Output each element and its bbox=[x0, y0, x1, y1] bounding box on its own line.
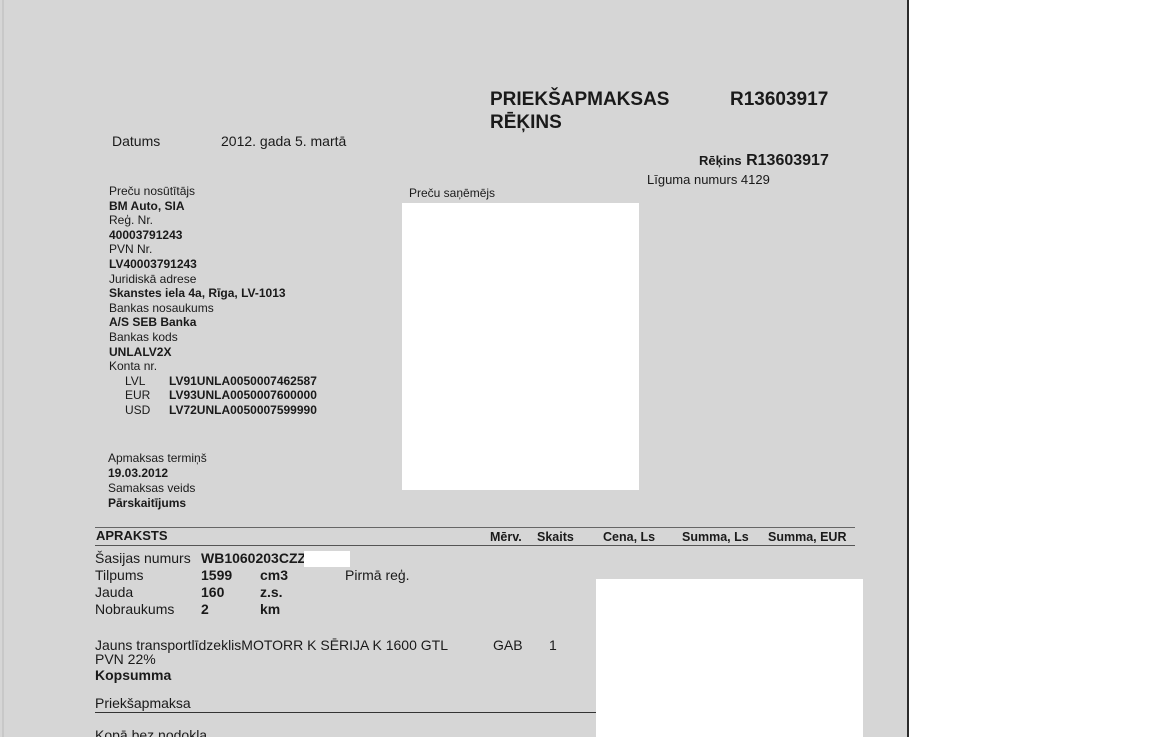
redacted-receiver bbox=[402, 203, 639, 490]
net-total-label: Kopā bez nodokļa bbox=[95, 727, 207, 737]
account-row: EURLV93UNLA0050007600000 bbox=[109, 388, 317, 403]
col-description: APRAKSTS bbox=[96, 528, 168, 543]
redacted-amounts bbox=[596, 579, 863, 737]
table-top-rule bbox=[95, 527, 855, 528]
bank-label: Bankas nosaukums bbox=[109, 301, 317, 316]
mileage-label: Nobraukums bbox=[95, 601, 174, 617]
date-value: 2012. gada 5. martā bbox=[221, 133, 346, 149]
item-unit: GAB bbox=[493, 637, 523, 653]
table-header-rule bbox=[95, 545, 855, 546]
account-row: USDLV72UNLA0050007599990 bbox=[109, 403, 317, 418]
invoice-title-line2: RĒĶINS bbox=[490, 111, 562, 134]
address-value: Skanstes iela 4a, Rīga, LV-1013 bbox=[109, 286, 317, 301]
receiver-heading: Preču saņēmējs bbox=[409, 186, 495, 200]
payment-block: Apmaksas termiņš 19.03.2012 Samaksas vei… bbox=[108, 451, 207, 511]
volume-label: Tilpums bbox=[95, 567, 144, 583]
item-qty: 1 bbox=[549, 637, 557, 653]
col-sum-ls: Summa, Ls bbox=[682, 530, 749, 544]
chassis-value: WB1060203CZZ bbox=[201, 550, 306, 566]
power-unit: z.s. bbox=[260, 584, 283, 600]
account-iban: LV93UNLA0050007600000 bbox=[169, 388, 317, 402]
payment-term-value: 19.03.2012 bbox=[108, 466, 207, 481]
mileage-value: 2 bbox=[201, 601, 209, 617]
prepayment-label: Priekšapmaksa bbox=[95, 695, 191, 711]
payment-method-label: Samaksas veids bbox=[108, 481, 207, 496]
contract-number: Līguma numurs 4129 bbox=[647, 172, 770, 187]
volume-value: 1599 bbox=[201, 567, 232, 583]
account-currency: USD bbox=[125, 403, 169, 418]
total-label: Kopsumma bbox=[95, 667, 171, 683]
power-value: 160 bbox=[201, 584, 224, 600]
vat-row-label: PVN 22% bbox=[95, 651, 156, 667]
account-iban: LV72UNLA0050007599990 bbox=[169, 403, 317, 417]
sender-block: Preču nosūtītājs BM Auto, SIA Reģ. Nr. 4… bbox=[109, 184, 317, 418]
mileage-unit: km bbox=[260, 601, 280, 617]
item-model: MOTORR K SĒRIJA K 1600 GTL bbox=[241, 637, 448, 653]
payment-term-label: Apmaksas termiņš bbox=[108, 451, 207, 466]
chassis-label: Šasijas numurs bbox=[95, 550, 191, 566]
payment-method-value: Pārskaitījums bbox=[108, 496, 207, 511]
volume-unit: cm3 bbox=[260, 567, 288, 583]
address-label: Juridiskā adrese bbox=[109, 272, 317, 287]
prepayment-rule bbox=[95, 712, 600, 713]
reg-value: 40003791243 bbox=[109, 228, 317, 243]
invoice-number: R13603917 bbox=[730, 88, 828, 111]
invoice-page: PRIEKŠAPMAKSAS RĒĶINS R13603917 Rēķins R… bbox=[0, 0, 909, 737]
account-iban: LV91UNLA0050007462587 bbox=[169, 374, 317, 388]
first-reg-label: Pirmā reģ. bbox=[345, 567, 410, 583]
account-currency: LVL bbox=[125, 374, 169, 389]
accounts-label: Konta nr. bbox=[109, 359, 317, 374]
col-unit: Mērv. bbox=[490, 530, 522, 544]
bank-code-value: UNLALV2X bbox=[109, 345, 317, 360]
vat-label: PVN Nr. bbox=[109, 242, 317, 257]
vat-value: LV40003791243 bbox=[109, 257, 317, 272]
bank-value: A/S SEB Banka bbox=[109, 315, 317, 330]
invoice-ref: Rēķins R13603917 bbox=[699, 152, 829, 170]
col-price: Cena, Ls bbox=[603, 530, 655, 544]
account-currency: EUR bbox=[125, 388, 169, 403]
invoice-ref-label: Rēķins bbox=[699, 153, 742, 168]
date-label: Datums bbox=[112, 133, 160, 149]
account-row: LVLLV91UNLA0050007462587 bbox=[109, 374, 317, 389]
reg-label: Reģ. Nr. bbox=[109, 213, 317, 228]
sender-heading: Preču nosūtītājs bbox=[109, 184, 317, 199]
invoice-ref-value: R13603917 bbox=[746, 152, 829, 169]
redacted-chassis bbox=[304, 551, 350, 567]
bank-code-label: Bankas kods bbox=[109, 330, 317, 345]
power-label: Jauda bbox=[95, 584, 133, 600]
sender-name: BM Auto, SIA bbox=[109, 199, 317, 214]
page-edge bbox=[2, 0, 4, 737]
col-qty: Skaits bbox=[537, 530, 574, 544]
invoice-title-line1: PRIEKŠAPMAKSAS bbox=[490, 88, 669, 111]
col-sum-eur: Summa, EUR bbox=[768, 530, 847, 544]
